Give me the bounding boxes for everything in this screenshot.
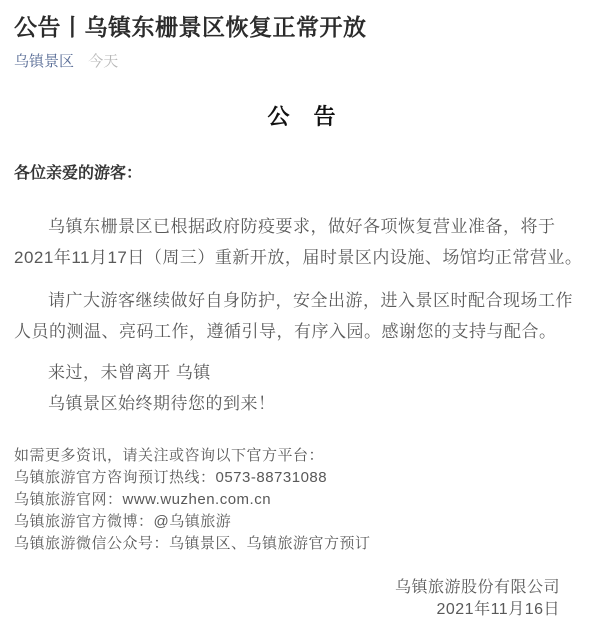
- contact-intro: 如需更多资讯，请关注或咨询以下官方平台：: [14, 445, 590, 467]
- notice-date: 2021年11月16日: [14, 599, 560, 618]
- contact-weibo: 乌镇旅游官方微博：@乌镇旅游: [14, 511, 590, 533]
- slogan-line: 乌镇景区始终期待您的到来！: [14, 388, 590, 419]
- publish-time: 今天: [88, 53, 118, 70]
- greeting-line: 各位亲爱的游客：: [14, 163, 590, 185]
- company-name: 乌镇旅游股份有限公司: [14, 577, 560, 599]
- contact-website: 乌镇旅游官网：www.wuzhen.com.cn: [14, 489, 590, 511]
- signature-block: 乌镇旅游股份有限公司 2021年11月16日: [14, 577, 590, 618]
- account-name-link[interactable]: 乌镇景区: [14, 53, 74, 70]
- notice-heading: 公 告: [14, 102, 590, 132]
- article-meta: 乌镇景区 今天: [14, 51, 590, 72]
- article-title: 公告丨乌镇东栅景区恢复正常开放: [14, 12, 590, 42]
- contact-hotline: 乌镇旅游官方咨询预订热线：0573-88731088: [14, 467, 590, 489]
- contact-block: 如需更多资讯，请关注或咨询以下官方平台： 乌镇旅游官方咨询预订热线：0573-8…: [14, 445, 590, 555]
- contact-wechat-accounts: 乌镇旅游微信公众号：乌镇景区、乌镇旅游官方预订: [14, 533, 590, 555]
- article-page: 公告丨乌镇东栅景区恢复正常开放 乌镇景区 今天 公 告 各位亲爱的游客： 乌镇东…: [0, 0, 604, 618]
- notice-paragraph: 请广大游客继续做好自身防护，安全出游，进入景区时配合现场工作人员的测温、亮码工作…: [14, 285, 590, 347]
- slogan-line: 来过，未曾离开 乌镇: [14, 357, 590, 388]
- notice-paragraph: 乌镇东栅景区已根据政府防疫要求，做好各项恢复营业准备，将于2021年11月17日…: [14, 211, 590, 273]
- slogan-block: 来过，未曾离开 乌镇 乌镇景区始终期待您的到来！: [14, 357, 590, 419]
